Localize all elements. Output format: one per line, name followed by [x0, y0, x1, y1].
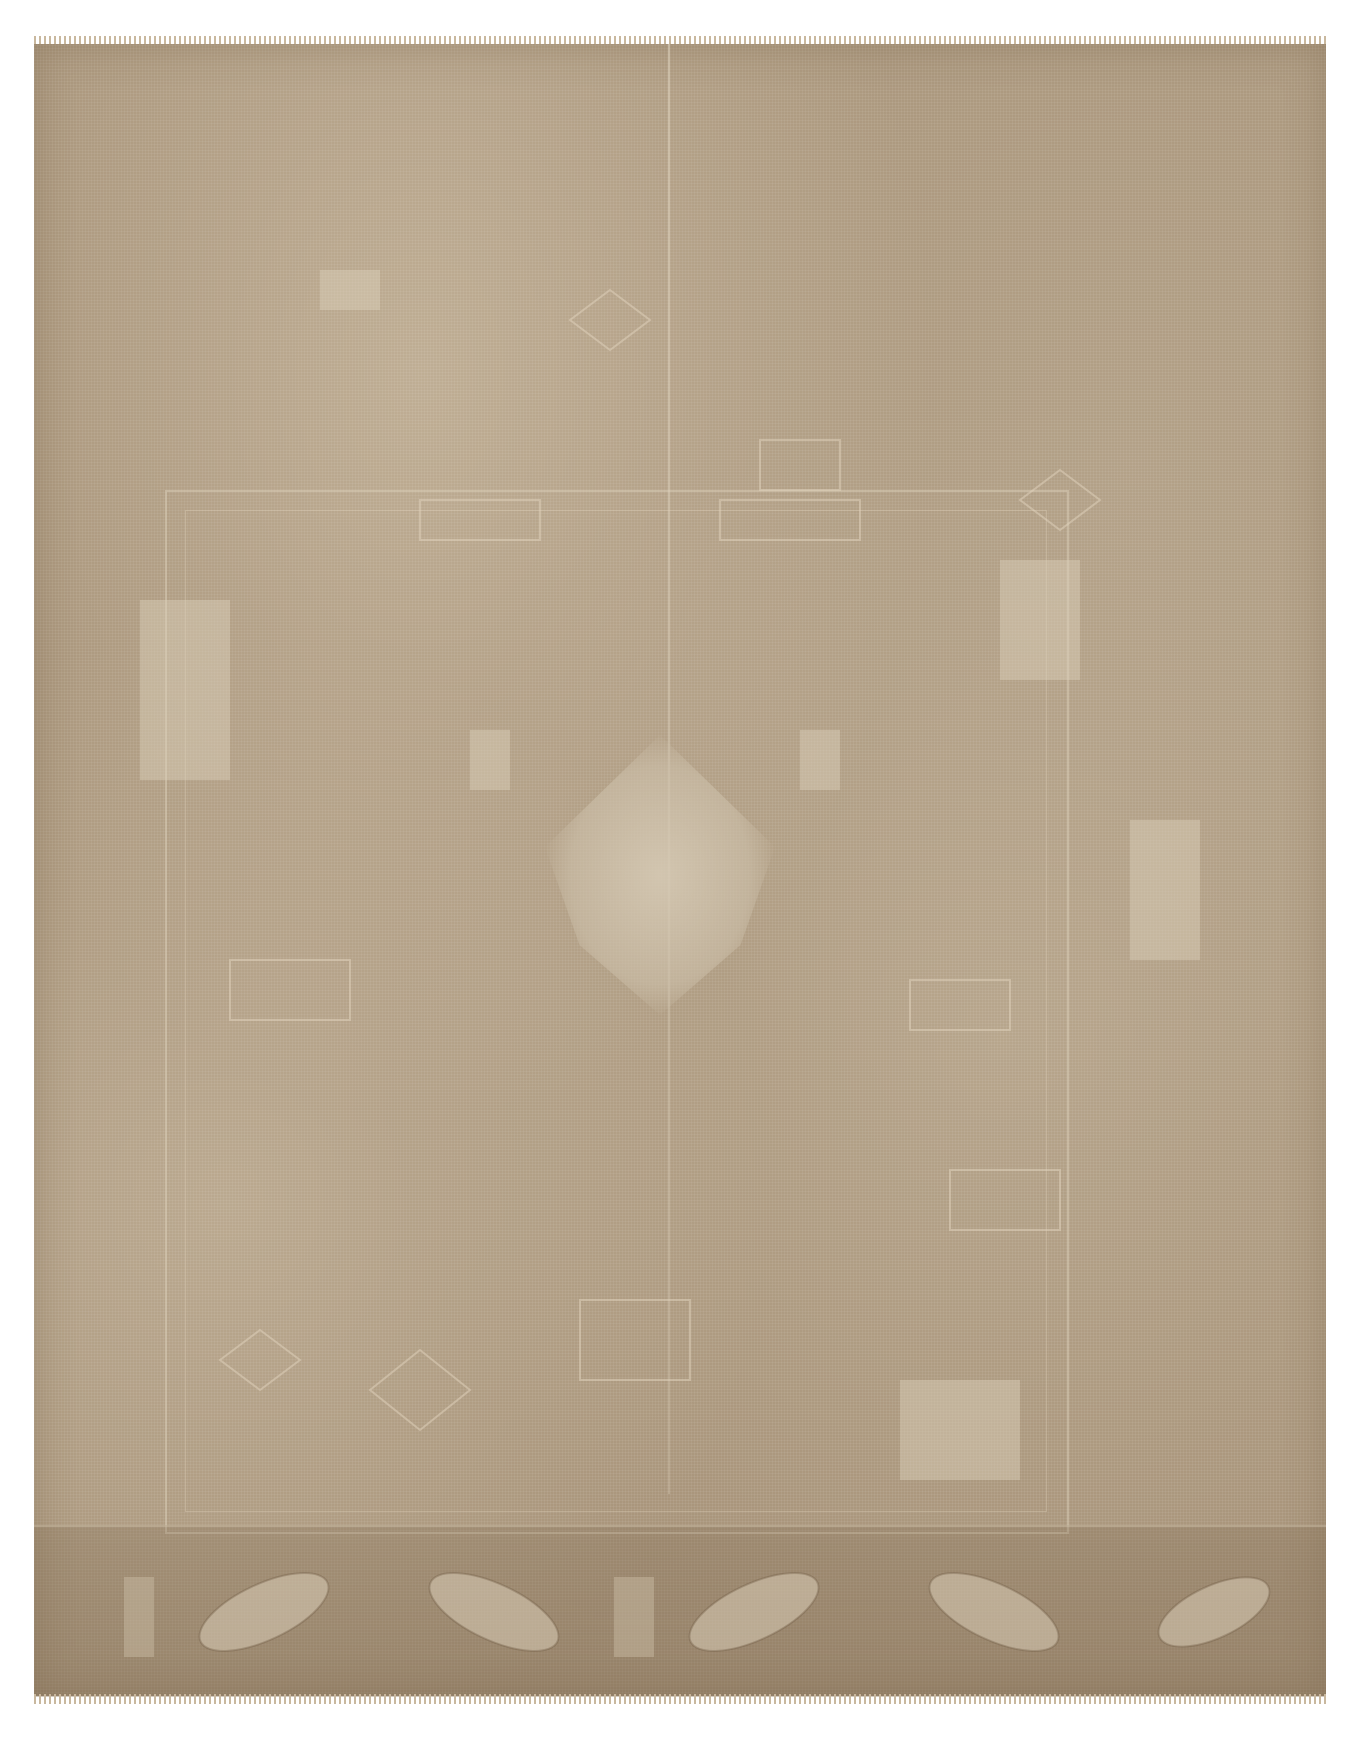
leaf-motif-border — [34, 1527, 1326, 1697]
bottom-fringe — [34, 1694, 1326, 1704]
bottom-border-band — [34, 1525, 1326, 1697]
